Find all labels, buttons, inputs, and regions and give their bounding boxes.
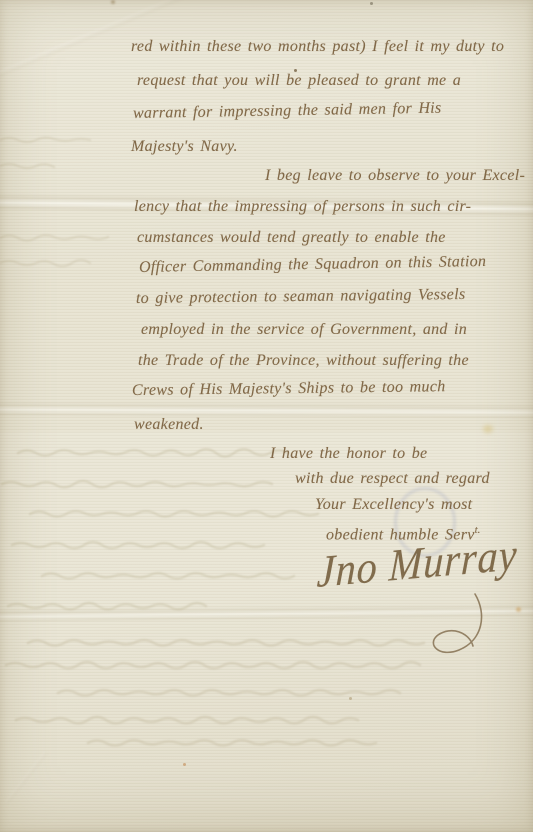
letter-line: weakened.	[134, 414, 204, 436]
letter-line: I beg leave to observe to your Excel-	[265, 165, 525, 187]
letter-line: request that you will be pleased to gran…	[137, 70, 461, 92]
signature-flourish	[413, 592, 513, 664]
letter-line: to give protection to seaman navigating …	[136, 284, 466, 310]
ink-speck	[370, 2, 373, 5]
closing-line: I have the honor to be	[270, 443, 427, 465]
laid-paper-texture	[0, 0, 533, 832]
letter-line: Majesty's Navy.	[131, 136, 238, 158]
fold-crease	[0, 401, 533, 420]
closing-line: with due respect and regard	[295, 468, 490, 490]
closing-line: Your Excellency's most	[315, 494, 472, 516]
paper-stain	[483, 425, 493, 433]
letter-line: red within these two months past) I feel…	[131, 36, 504, 58]
letter-line: employed in the service of Government, a…	[141, 319, 467, 341]
paper-stain	[183, 763, 186, 766]
paper-stain	[349, 697, 352, 700]
letter-line: warrant for impressing the said men for …	[133, 98, 442, 125]
letter-line: the Trade of the Province, without suffe…	[138, 350, 469, 372]
bleedthrough-writing	[0, 0, 533, 832]
paper-tone-shading	[0, 432, 533, 832]
letter-line: cumstances would tend greatly to enable …	[137, 227, 446, 249]
paper-stain	[516, 607, 521, 612]
letter-line: lency that the impressing of persons in …	[134, 196, 471, 218]
paper-tone-shading	[0, 0, 533, 832]
page-edge-shading	[0, 0, 533, 832]
letter-page: red within these two months past) I feel…	[0, 0, 533, 832]
letter-line: Crews of His Majesty's Ships to be too m…	[132, 376, 446, 402]
fold-crease	[0, 603, 533, 623]
ink-speck	[111, 0, 115, 4]
letter-line: Officer Commanding the Squadron on this …	[139, 251, 487, 279]
fold-crease	[5, 752, 48, 805]
